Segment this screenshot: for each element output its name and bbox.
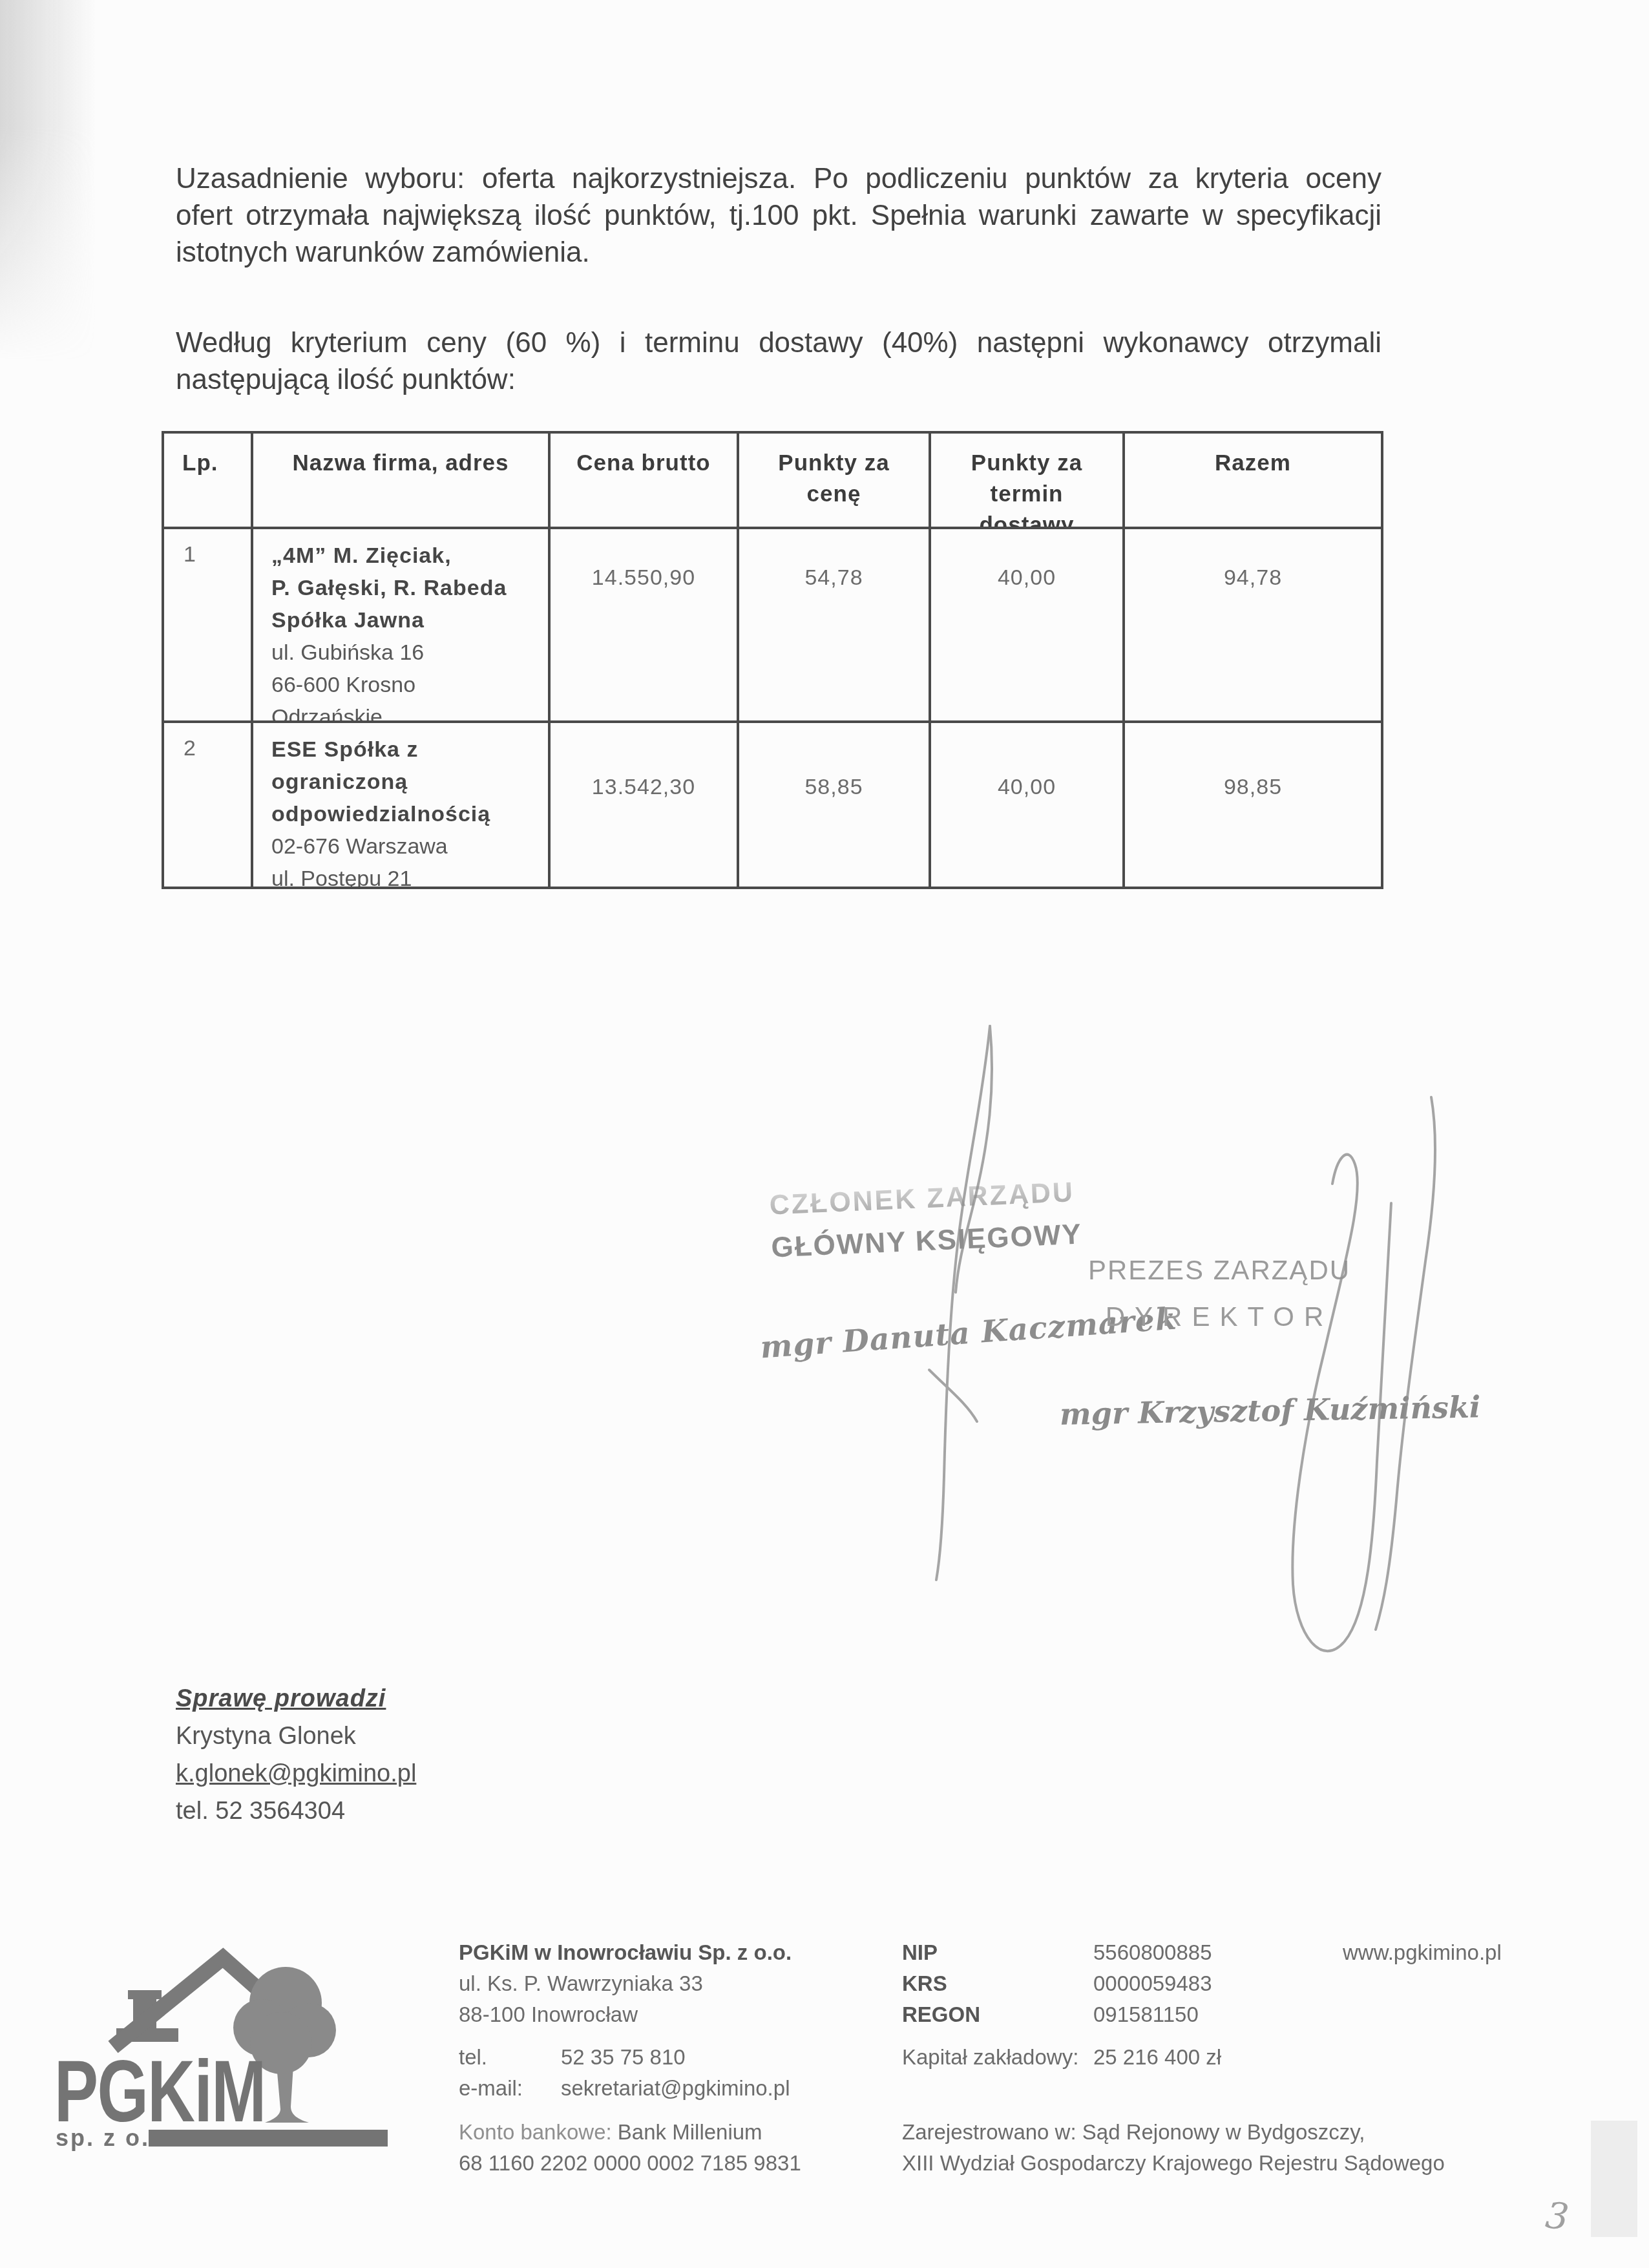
logo-wordmark: PGKiM [54,2047,266,2135]
bank-account-number: 68 1160 2202 0000 0002 7185 9831 [459,2148,801,2179]
registry-numbers-block: NIP 5560800885 KRS 0000059483 REGON 0915… [902,1937,1212,2030]
contact-email: k.glonek@pgkimino.pl [176,1755,416,1792]
regon-label: REGON [902,1999,1093,2030]
contact-heading: Sprawę prowadzi [176,1680,416,1717]
krs-label: KRS [902,1968,1093,1999]
company-street: ul. Ks. P. Wawrzyniaka 33 [459,1968,792,1999]
nip-label: NIP [902,1937,1093,1968]
tel-label: tel. [459,2042,561,2073]
logo-underline-bar [149,2130,388,2147]
contact-phone: tel. 52 3564304 [176,1792,416,1830]
email-value: sekretariat@pgkimino.pl [561,2073,790,2104]
handwritten-signatures-icon [0,0,1649,2268]
company-contact-block: tel. 52 35 75 810 e-mail: sekretariat@pg… [459,2042,790,2104]
registration-line: XIII Wydział Gospodarczy Krajowego Rejes… [902,2148,1445,2179]
capital-label: Kapitał zakładowy: [902,2042,1093,2073]
page-number: 3 [1544,2194,1571,2238]
bank-account-block: Konto bankowe: Bank Millenium 68 1160 22… [459,2117,801,2179]
court-registration-block: Zarejestrowano w: Sąd Rejonowy w Bydgosz… [902,2117,1445,2179]
tel-value: 52 35 75 810 [561,2042,686,2073]
bank-name: Bank Millenium [618,2120,762,2144]
case-contact-block: Sprawę prowadzi Krystyna Glonek k.glonek… [176,1680,416,1830]
capital-block: Kapitał zakładowy: 25 216 400 zł [902,2042,1221,2073]
email-label: e-mail: [459,2073,561,2104]
capital-value: 25 216 400 zł [1093,2042,1221,2073]
pgkim-logo: PGKiM sp. z o.o. [52,1938,362,2158]
company-name: PGKiM w Inowrocławiu Sp. z o.o. [459,1937,792,1968]
nip-value: 5560800885 [1093,1937,1212,1968]
regon-value: 091581150 [1093,1999,1199,2030]
krs-value: 0000059483 [1093,1968,1212,1999]
company-city: 88-100 Inowrocław [459,1999,792,2030]
registration-line: Zarejestrowano w: Sąd Rejonowy w Bydgosz… [902,2117,1445,2148]
website-url: www.pgkimino.pl [1343,1937,1502,1968]
scanned-document-page: Uzasadnienie wyboru: oferta najkorzystni… [0,0,1649,2268]
bank-label: Konto bankowe: [459,2120,618,2144]
company-address-block: PGKiM w Inowrocławiu Sp. z o.o. ul. Ks. … [459,1937,792,2030]
contact-name: Krystyna Glonek [176,1717,416,1755]
